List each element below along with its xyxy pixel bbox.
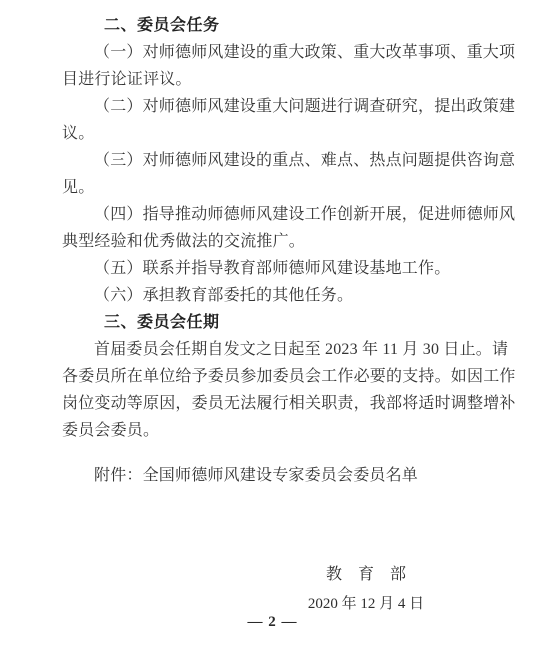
term-paragraph-line-2: 各委员所在单位给予委员参加委员会工作必要的支持。如因工作 <box>62 363 492 390</box>
task-item-4-line-2: 典型经验和优秀做法的交流推广。 <box>62 228 492 255</box>
task-item-5-line-1: （五）联系并指导教育部师德师风建设基地工作。 <box>62 255 492 282</box>
attachment-note: 附件：全国师德师风建设专家委员会委员名单 <box>62 462 492 489</box>
task-item-1-line-2: 目进行论证评议。 <box>62 66 492 93</box>
task-item-2-line-2: 议。 <box>62 120 492 147</box>
task-item-4-line-1: （四）指导推动师德师风建设工作创新开展，促进师德师风 <box>62 201 492 228</box>
signature-block: 教 育 部 2020 年 12 月 4 日 <box>281 561 451 618</box>
task-item-1-line-1: （一）对师德师风建设的重大政策、重大改革事项、重大项 <box>62 39 492 66</box>
task-item-2-line-1: （二）对师德师风建设重大问题进行调查研究，提出政策建 <box>62 93 492 120</box>
task-item-3-line-2: 见。 <box>62 174 492 201</box>
document-page: 二、委员会任务 （一）对师德师风建设的重大政策、重大改革事项、重大项 目进行论证… <box>0 0 553 648</box>
issuing-authority: 教 育 部 <box>281 561 451 588</box>
section-heading-tasks: 二、委员会任务 <box>62 12 492 39</box>
term-paragraph-line-4: 委员会委员。 <box>62 417 492 444</box>
term-paragraph-line-3: 岗位变动等原因，委员无法履行相关职责，我部将适时调整增补 <box>62 390 492 417</box>
page-number: — 2 — <box>0 614 545 631</box>
term-paragraph-line-1: 首届委员会任期自发文之日起至 2023 年 11 月 30 日止。请 <box>62 336 492 363</box>
task-item-3-line-1: （三）对师德师风建设的重点、难点、热点问题提供咨询意 <box>62 147 492 174</box>
document-body: 二、委员会任务 （一）对师德师风建设的重大政策、重大改革事项、重大项 目进行论证… <box>62 12 492 489</box>
section-heading-term: 三、委员会任期 <box>62 309 492 336</box>
task-item-6-line-1: （六）承担教育部委托的其他任务。 <box>62 282 492 309</box>
